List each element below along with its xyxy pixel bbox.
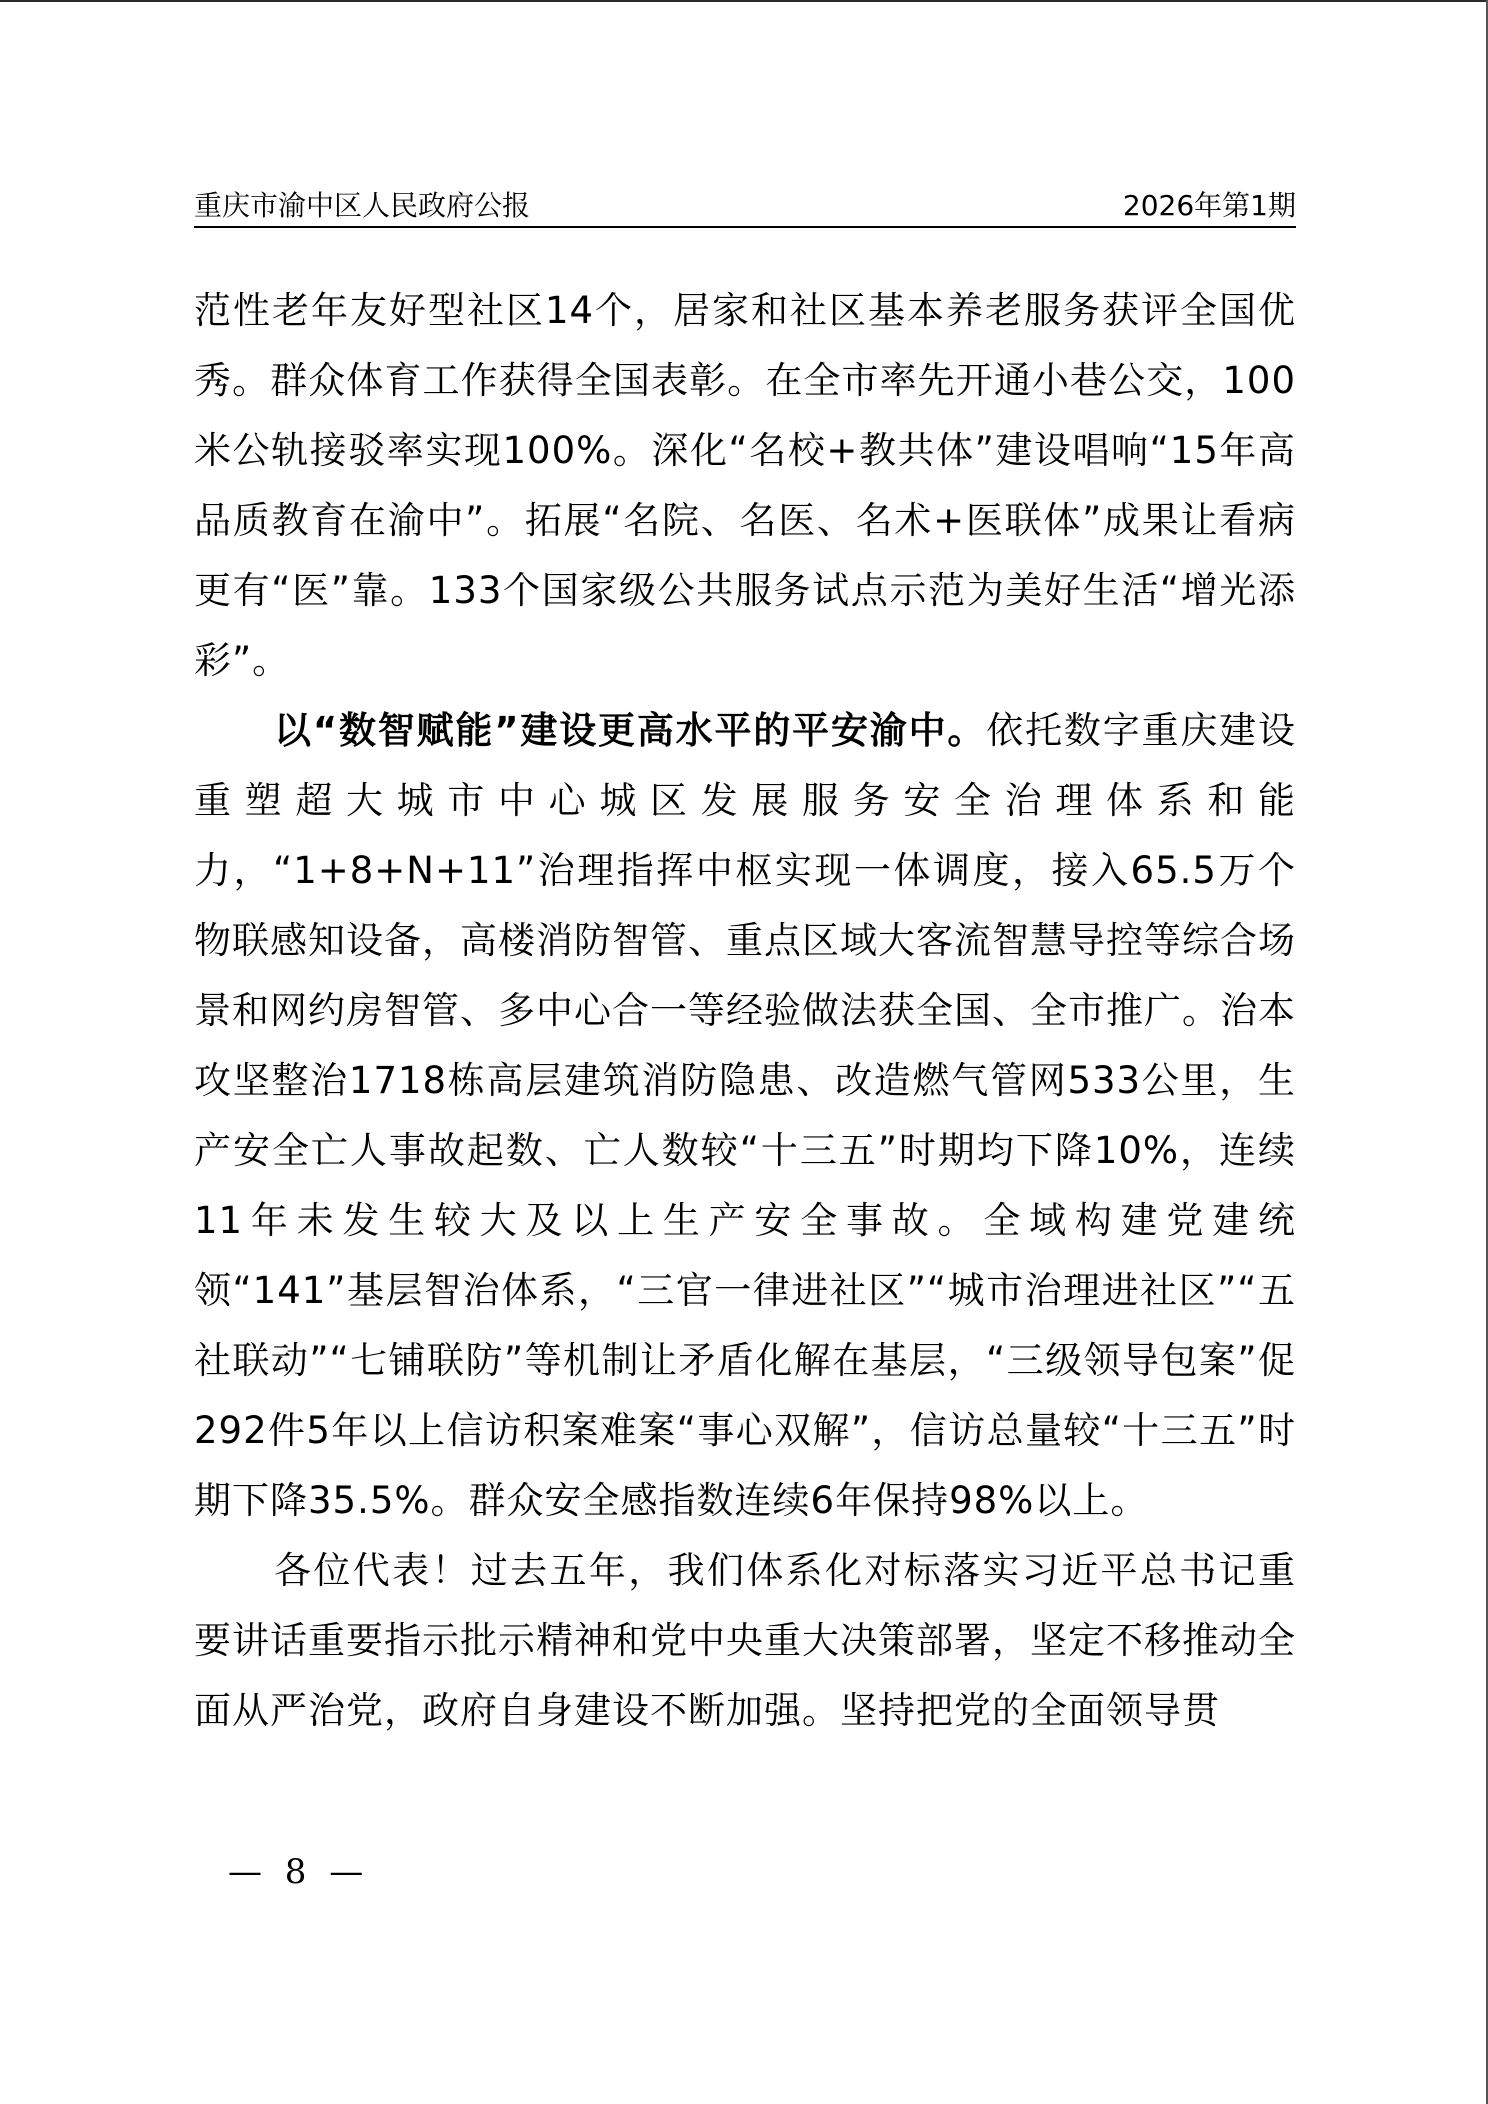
paragraph-continued: 范性老年友好型社区14个，居家和社区基本养老服务获评全国优秀。群众体育工作获得全…	[194, 276, 1296, 696]
issue-number: 2026年第1期	[1123, 184, 1296, 224]
paragraph-text: 依托数字重庆建设重塑超大城市中心城区发展服务安全治理体系和能力，“1+8+N+1…	[194, 709, 1296, 1522]
paragraph-lead-heading: 以“数智赋能”建设更高水平的平安渝中。	[274, 709, 986, 752]
page-border-top	[0, 0, 1488, 2]
paragraph-text: 范性老年友好型社区14个，居家和社区基本养老服务获评全国优秀。群众体育工作获得全…	[194, 289, 1296, 682]
paragraph-text: 各位代表！过去五年，我们体系化对标落实习近平总书记重要讲话重要指示批示精神和党中…	[194, 1549, 1296, 1732]
page-number: — 8 —	[228, 1852, 369, 1892]
running-header: 重庆市渝中区人民政府公报 2026年第1期	[194, 180, 1296, 224]
publication-title: 重庆市渝中区人民政府公报	[194, 184, 530, 224]
paragraph-government: 各位代表！过去五年，我们体系化对标落实习近平总书记重要讲话重要指示批示精神和党中…	[194, 1536, 1296, 1746]
header-divider	[194, 226, 1296, 228]
body-text: 范性老年友好型社区14个，居家和社区基本养老服务获评全国优秀。群众体育工作获得全…	[194, 276, 1296, 1746]
paragraph-safety: 以“数智赋能”建设更高水平的平安渝中。依托数字重庆建设重塑超大城市中心城区发展服…	[194, 696, 1296, 1536]
